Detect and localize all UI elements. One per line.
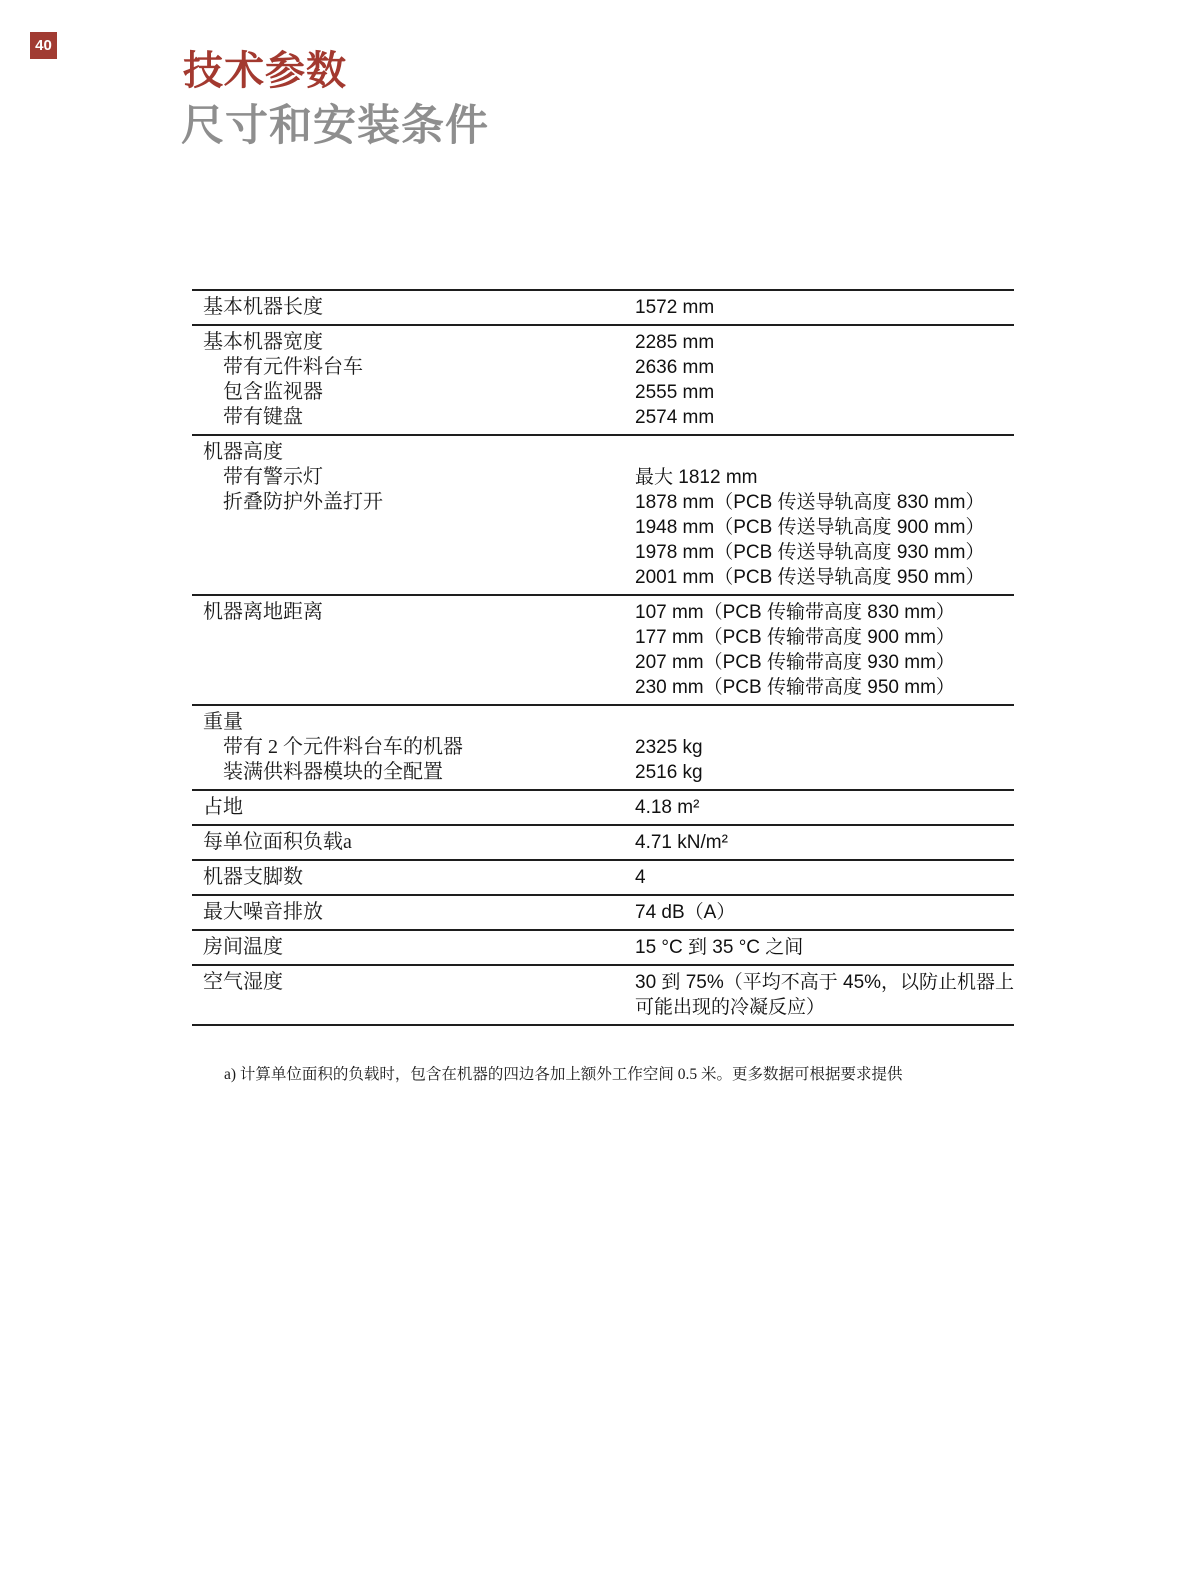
document-page: 40 技术参数 尺寸和安装条件 基本机器长度1572 mm基本机器宽度2285 … [0, 0, 1190, 1588]
spec-value: 1948 mm（PCB 传送导轨高度 900 mm） [635, 515, 1014, 540]
spec-label [192, 515, 635, 540]
spec-value [635, 440, 1014, 465]
spec-label [192, 995, 635, 1020]
spec-value: 230 mm（PCB 传输带高度 950 mm） [635, 675, 1014, 700]
spec-section: 机器支脚数4 [192, 859, 1014, 894]
spec-label [192, 625, 635, 650]
spec-value: 15 °C 到 35 °C 之间 [635, 935, 1014, 960]
spec-row: 装满供料器模块的全配置2516 kg [192, 760, 1014, 785]
spec-label: 带有警示灯 [192, 465, 635, 490]
spec-row: 占地4.18 m² [192, 795, 1014, 820]
spec-label [192, 540, 635, 565]
spec-row: 机器支脚数4 [192, 865, 1014, 890]
spec-label: 机器离地距离 [192, 600, 635, 625]
spec-row: 包含监视器2555 mm [192, 380, 1014, 405]
spec-row: 207 mm（PCB 传输带高度 930 mm） [192, 650, 1014, 675]
spec-section: 最大噪音排放74 dB（A） [192, 894, 1014, 929]
spec-row: 可能出现的冷凝反应） [192, 995, 1014, 1020]
spec-label: 机器高度 [192, 440, 635, 465]
spec-value: 4.18 m² [635, 795, 1014, 820]
page-title: 技术参数 [183, 50, 347, 92]
spec-section: 机器离地距离107 mm（PCB 传输带高度 830 mm）177 mm（PCB… [192, 594, 1014, 704]
spec-value: 最大 1812 mm [635, 465, 1014, 490]
spec-label: 最大噪音排放 [192, 900, 635, 925]
spec-label: 带有键盘 [192, 405, 635, 430]
spec-value: 2555 mm [635, 380, 1014, 405]
spec-section: 基本机器长度1572 mm [192, 289, 1014, 324]
spec-value: 4.71 kN/m² [635, 830, 1014, 855]
page-subtitle: 尺寸和安装条件 [181, 104, 489, 149]
spec-label [192, 650, 635, 675]
spec-row: 空气湿度30 到 75%（平均不高于 45%，以防止机器上 [192, 970, 1014, 995]
spec-label: 带有 2 个元件料台车的机器 [192, 735, 635, 760]
spec-label: 基本机器宽度 [192, 330, 635, 355]
spec-label: 包含监视器 [192, 380, 635, 405]
spec-row: 1978 mm（PCB 传送导轨高度 930 mm） [192, 540, 1014, 565]
spec-value [635, 710, 1014, 735]
spec-row: 每单位面积负载a4.71 kN/m² [192, 830, 1014, 855]
spec-label: 每单位面积负载a [192, 830, 635, 855]
spec-row: 2001 mm（PCB 传送导轨高度 950 mm） [192, 565, 1014, 590]
footnote: a) 计算单位面积的负载时，包含在机器的四边各加上额外工作空间 0.5 米。更多… [224, 1064, 1004, 1086]
spec-value: 2636 mm [635, 355, 1014, 380]
spec-row: 基本机器宽度2285 mm [192, 330, 1014, 355]
spec-value: 1878 mm（PCB 传送导轨高度 830 mm） [635, 490, 1014, 515]
spec-value: 可能出现的冷凝反应） [635, 995, 1014, 1020]
spec-label: 重量 [192, 710, 635, 735]
spec-label: 带有元件料台车 [192, 355, 635, 380]
spec-section: 房间温度15 °C 到 35 °C 之间 [192, 929, 1014, 964]
spec-value: 2516 kg [635, 760, 1014, 785]
spec-row: 带有警示灯最大 1812 mm [192, 465, 1014, 490]
spec-label: 房间温度 [192, 935, 635, 960]
spec-label: 基本机器长度 [192, 295, 635, 320]
spec-row: 带有键盘2574 mm [192, 405, 1014, 430]
spec-label [192, 675, 635, 700]
spec-value: 207 mm（PCB 传输带高度 930 mm） [635, 650, 1014, 675]
spec-row: 房间温度15 °C 到 35 °C 之间 [192, 935, 1014, 960]
spec-row: 230 mm（PCB 传输带高度 950 mm） [192, 675, 1014, 700]
spec-label: 折叠防护外盖打开 [192, 490, 635, 515]
spec-section: 基本机器宽度2285 mm带有元件料台车2636 mm包含监视器2555 mm带… [192, 324, 1014, 434]
spec-value: 2325 kg [635, 735, 1014, 760]
spec-label [192, 565, 635, 590]
spec-value: 4 [635, 865, 1014, 890]
spec-table: 基本机器长度1572 mm基本机器宽度2285 mm带有元件料台车2636 mm… [192, 289, 1014, 1026]
spec-value: 2001 mm（PCB 传送导轨高度 950 mm） [635, 565, 1014, 590]
spec-row: 带有 2 个元件料台车的机器2325 kg [192, 735, 1014, 760]
spec-row: 带有元件料台车2636 mm [192, 355, 1014, 380]
spec-row: 1948 mm（PCB 传送导轨高度 900 mm） [192, 515, 1014, 540]
spec-label: 空气湿度 [192, 970, 635, 995]
page-number-badge: 40 [30, 32, 57, 59]
spec-section: 每单位面积负载a4.71 kN/m² [192, 824, 1014, 859]
spec-value: 2574 mm [635, 405, 1014, 430]
spec-label: 机器支脚数 [192, 865, 635, 890]
spec-section: 占地4.18 m² [192, 789, 1014, 824]
spec-value: 2285 mm [635, 330, 1014, 355]
spec-value: 177 mm（PCB 传输带高度 900 mm） [635, 625, 1014, 650]
spec-section: 机器高度带有警示灯最大 1812 mm折叠防护外盖打开1878 mm（PCB 传… [192, 434, 1014, 594]
spec-section: 重量带有 2 个元件料台车的机器2325 kg装满供料器模块的全配置2516 k… [192, 704, 1014, 789]
spec-row: 机器离地距离107 mm（PCB 传输带高度 830 mm） [192, 600, 1014, 625]
spec-value: 107 mm（PCB 传输带高度 830 mm） [635, 600, 1014, 625]
spec-section: 空气湿度30 到 75%（平均不高于 45%，以防止机器上可能出现的冷凝反应） [192, 964, 1014, 1026]
spec-row: 177 mm（PCB 传输带高度 900 mm） [192, 625, 1014, 650]
spec-row: 基本机器长度1572 mm [192, 295, 1014, 320]
spec-row: 最大噪音排放74 dB（A） [192, 900, 1014, 925]
spec-value: 30 到 75%（平均不高于 45%，以防止机器上 [635, 970, 1014, 995]
spec-row: 重量 [192, 710, 1014, 735]
spec-row: 机器高度 [192, 440, 1014, 465]
spec-value: 1572 mm [635, 295, 1014, 320]
spec-value: 74 dB（A） [635, 900, 1014, 925]
spec-label: 占地 [192, 795, 635, 820]
spec-value: 1978 mm（PCB 传送导轨高度 930 mm） [635, 540, 1014, 565]
spec-row: 折叠防护外盖打开1878 mm（PCB 传送导轨高度 830 mm） [192, 490, 1014, 515]
spec-label: 装满供料器模块的全配置 [192, 760, 635, 785]
